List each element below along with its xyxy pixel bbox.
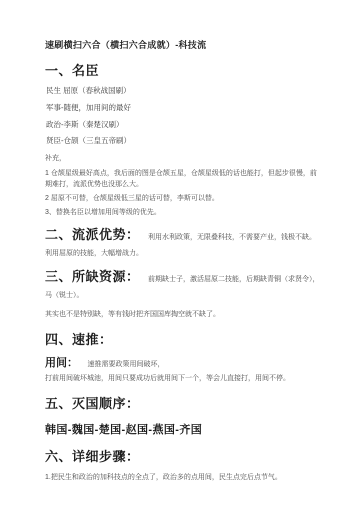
section-1-heading: 一、名臣 <box>45 60 320 79</box>
page-title: 速刷横扫六合（横扫六合成就）-科技流 <box>45 38 320 51</box>
minister-item-junshi: 军事-随便，加用间的最好 <box>46 103 320 113</box>
supplement-label: 补充， <box>45 153 320 164</box>
step-1: 1.把民生和政治的加科技点的全点了，政治多的点用间，民生点完后点节气。 <box>45 472 320 483</box>
kingdom-order: 韩国-魏国-楚国-赵国-燕国-齐国 <box>45 421 320 437</box>
section-2-heading: 二、流派优势： <box>45 227 140 242</box>
note-line-1: 1 仓颉星级最好高点，我后面的图是仓颉五星，仓颉星级低的话也能打，但起步很慢，前… <box>45 168 320 190</box>
espionage-note: 打前用间破坏城池，用间只要成功后就用间下一个，等会儿直接打，用间不停。 <box>45 373 320 384</box>
section-3-note: 其实也不是特别缺，等有钱时把齐国国库掏空就不缺了。 <box>45 309 320 320</box>
section-3-row: 三、所缺资源： 前期缺士子，激活屈原二技能，后期缺青铜（求贤令），马（锐士）。 <box>45 270 320 302</box>
note-line-3: 3、替换名臣以增加用间等级的优先。 <box>45 207 320 218</box>
section-3-heading: 三、所缺资源： <box>45 269 140 284</box>
section-2-row: 二、流派优势： 利用水利政策，无限叠科技，不需要产业，钱极不缺。利用屈原的技能，… <box>45 228 320 260</box>
minister-item-xianchen: 贤臣-仓颉（三皇五帝刷） <box>46 136 320 146</box>
espionage-label: 用间： <box>45 357 78 369</box>
section-4-heading: 四、速推： <box>45 329 320 348</box>
section-4-sub-row: 用间： 速推需要政策用间破坏， <box>45 355 320 371</box>
minister-item-zhengzhi: 政治-李斯（秦楚汉刷） <box>46 120 320 130</box>
document-page: 速刷横扫六合（横扫六合成就）-科技流 一、名臣 民生 屈原（春秋战国刷） 军事-… <box>0 0 360 509</box>
minister-item-minsheng: 民生 屈原（春秋战国刷） <box>46 86 320 96</box>
section-5-heading: 五、灭国顺序： <box>45 393 320 412</box>
section-6-heading: 六、详细步骤： <box>45 446 320 465</box>
espionage-intro: 速推需要政策用间破坏， <box>87 361 164 368</box>
note-line-2: 2 屈原不可替，仓颉星级低三星的话可替，李斯可以替。 <box>45 193 320 204</box>
